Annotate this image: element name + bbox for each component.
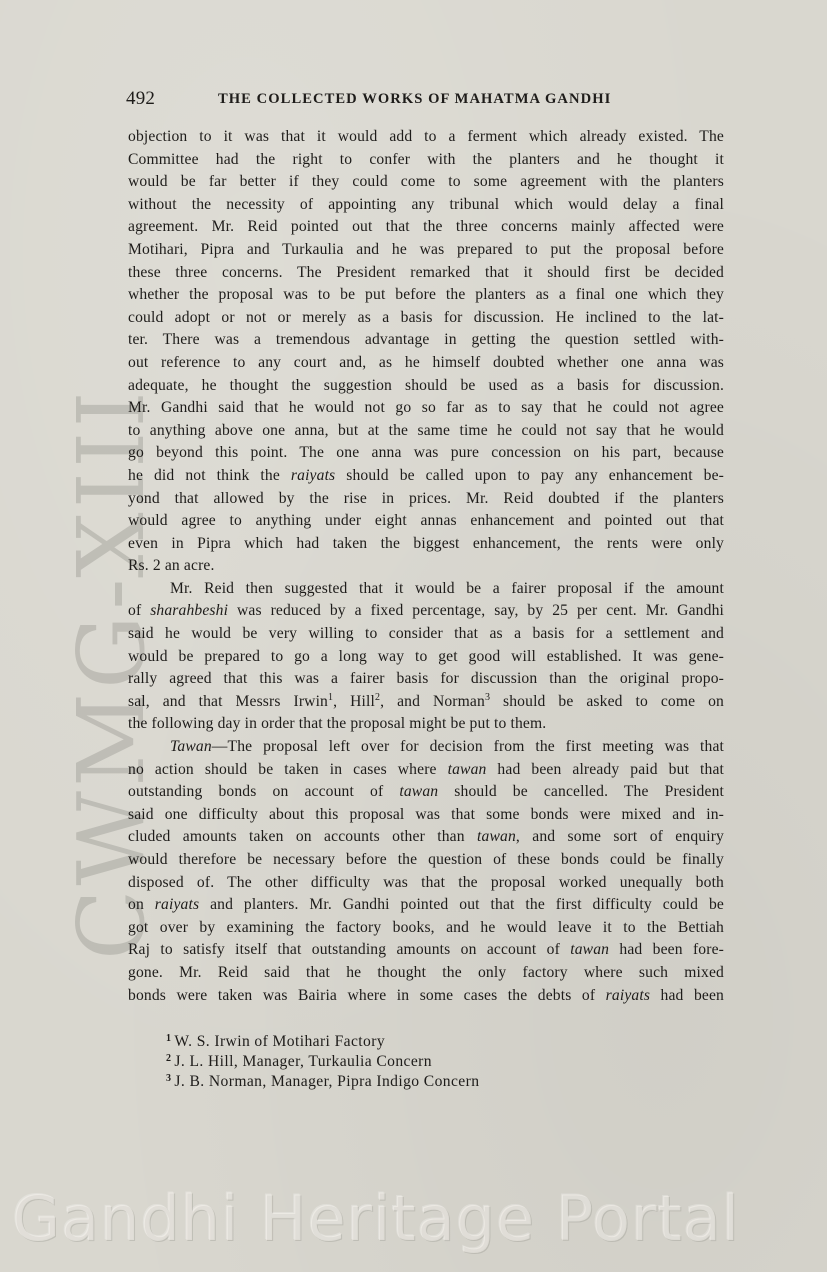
text-line: the following day in order that the prop… [128, 713, 724, 736]
page-number: 492 [126, 88, 155, 110]
text-line: rally agreed that this was a fairer basi… [128, 668, 724, 691]
italic-term: tawan [570, 941, 609, 958]
book-title: THE COLLECTED WORKS OF MAHATMA GANDHI [218, 91, 611, 108]
text-line: cluded amounts taken on accounts other t… [128, 826, 724, 849]
text-line: adequate, he thought the suggestion shou… [128, 375, 724, 398]
text-line: Motihari, Pipra and Turkaulia and he was… [128, 239, 724, 262]
footnote-text: W. S. Irwin of Motihari Factory [174, 1033, 385, 1050]
text-line: said he would be very willing to conside… [128, 623, 724, 646]
text-line: he did not think the raiyats should be c… [128, 465, 724, 488]
italic-term: raiyats [291, 467, 335, 484]
text-line: ter. There was a tremendous advantage in… [128, 329, 724, 352]
footnote-mark: 3 [166, 1073, 171, 1084]
text-line: got over by examining the factory books,… [128, 917, 724, 940]
text-line: would be far better if they could come t… [128, 171, 724, 194]
text-line: these three concerns. The President rema… [128, 262, 724, 285]
text-line: would be prepared to go a long way to ge… [128, 646, 724, 669]
text-line: said one difficulty about this proposal … [128, 804, 724, 827]
text-line: outstanding bonds on account of tawan sh… [128, 781, 724, 804]
text-line: Mr. Reid then suggested that it would be… [128, 578, 724, 601]
text-line: Mr. Gandhi said that he would not go so … [128, 397, 724, 420]
text-line: yond that allowed by the rise in prices.… [128, 488, 724, 511]
section-term: Tawan [170, 738, 212, 755]
text-run: sal, and that Messrs Irwin [128, 693, 328, 710]
footnotes: 1W. S. Irwin of Motihari Factory 2J. L. … [166, 1032, 586, 1092]
text-line: would agree to anything under eight anna… [128, 510, 724, 533]
paragraph-2: Mr. Reid then suggested that it would be… [128, 578, 724, 736]
text-run: and planters. Mr. Gandhi pointed out tha… [199, 896, 724, 913]
text-line: sal, and that Messrs Irwin1, Hill2, and … [128, 691, 724, 714]
text-run: Raj to satisfy itself that outstanding a… [128, 941, 570, 958]
text-line: could adopt or not or merely as a basis … [128, 307, 724, 330]
text-run: should be called upon to pay any enhance… [335, 467, 724, 484]
text-run: , Hill [333, 693, 375, 710]
footnote-mark: 1 [166, 1033, 171, 1044]
italic-term: tawan [477, 828, 516, 845]
text-run: should be asked to come on [490, 693, 724, 710]
text-line: disposed of. The other difficulty was th… [128, 872, 724, 895]
text-line: whether the proposal was to be put befor… [128, 284, 724, 307]
footnote-text: J. B. Norman, Manager, Pipra Indigo Conc… [174, 1073, 479, 1090]
text-run: , and Norman [380, 693, 485, 710]
text-line: agreement. Mr. Reid pointed out that the… [128, 216, 724, 239]
text-run: had been already paid but that [486, 761, 724, 778]
text-line: objection to it was that it would add to… [128, 126, 724, 149]
text-line: Tawan—The proposal left over for decisio… [128, 736, 724, 759]
text-run: outstanding bonds on account of [128, 783, 399, 800]
text-line: gone. Mr. Reid said that he thought the … [128, 962, 724, 985]
text-line: on raiyats and planters. Mr. Gandhi poin… [128, 894, 724, 917]
text-run: he did not think the [128, 467, 291, 484]
text-run: of [128, 602, 150, 619]
text-line: would therefore be necessary before the … [128, 849, 724, 872]
footnote-text: J. L. Hill, Manager, Turkaulia Concern [174, 1053, 432, 1070]
text-run: had been fore- [609, 941, 724, 958]
text-line: without the necessity of appointing any … [128, 194, 724, 217]
text-run: bonds were taken was Bairia where in som… [128, 987, 606, 1004]
text-line: Raj to satisfy itself that outstanding a… [128, 939, 724, 962]
text-line: out reference to any court and, as he hi… [128, 352, 724, 375]
italic-term: raiyats [155, 896, 199, 913]
footnote-3: 3J. B. Norman, Manager, Pipra Indigo Con… [166, 1072, 586, 1092]
text-run: was reduced by a fixed percentage, say, … [228, 602, 724, 619]
text-run: , and some sort of enquiry [516, 828, 724, 845]
running-head: 492 THE COLLECTED WORKS OF MAHATMA GANDH… [126, 88, 726, 114]
text-line: go beyond this point. The one anna was p… [128, 442, 724, 465]
footnote-mark: 2 [166, 1053, 171, 1064]
footnote-1: 1W. S. Irwin of Motihari Factory [166, 1032, 586, 1052]
text-run: cluded amounts taken on accounts other t… [128, 828, 477, 845]
text-run: on [128, 896, 155, 913]
paragraph-3: Tawan—The proposal left over for decisio… [128, 736, 724, 1007]
body-text: objection to it was that it would add to… [128, 126, 724, 1007]
text-line: no action should be taken in cases where… [128, 759, 724, 782]
text-run: —The proposal left over for decision fro… [212, 738, 724, 755]
text-run: no action should be taken in cases where [128, 761, 448, 778]
text-line: Rs. 2 an acre. [128, 555, 724, 578]
text-line: Committee had the right to confer with t… [128, 149, 724, 172]
italic-term: tawan [448, 761, 487, 778]
italic-term: tawan [399, 783, 438, 800]
italic-term: raiyats [606, 987, 650, 1004]
text-line: of sharahbeshi was reduced by a fixed pe… [128, 600, 724, 623]
text-line: to anything above one anna, but at the s… [128, 420, 724, 443]
text-run: should be cancelled. The President [438, 783, 724, 800]
text-line: even in Pipra which had taken the bigges… [128, 533, 724, 556]
text-line: bonds were taken was Bairia where in som… [128, 985, 724, 1008]
text-run: had been [650, 987, 724, 1004]
footnote-2: 2J. L. Hill, Manager, Turkaulia Concern [166, 1052, 586, 1072]
paragraph-1: objection to it was that it would add to… [128, 126, 724, 578]
italic-term: sharahbeshi [150, 602, 228, 619]
